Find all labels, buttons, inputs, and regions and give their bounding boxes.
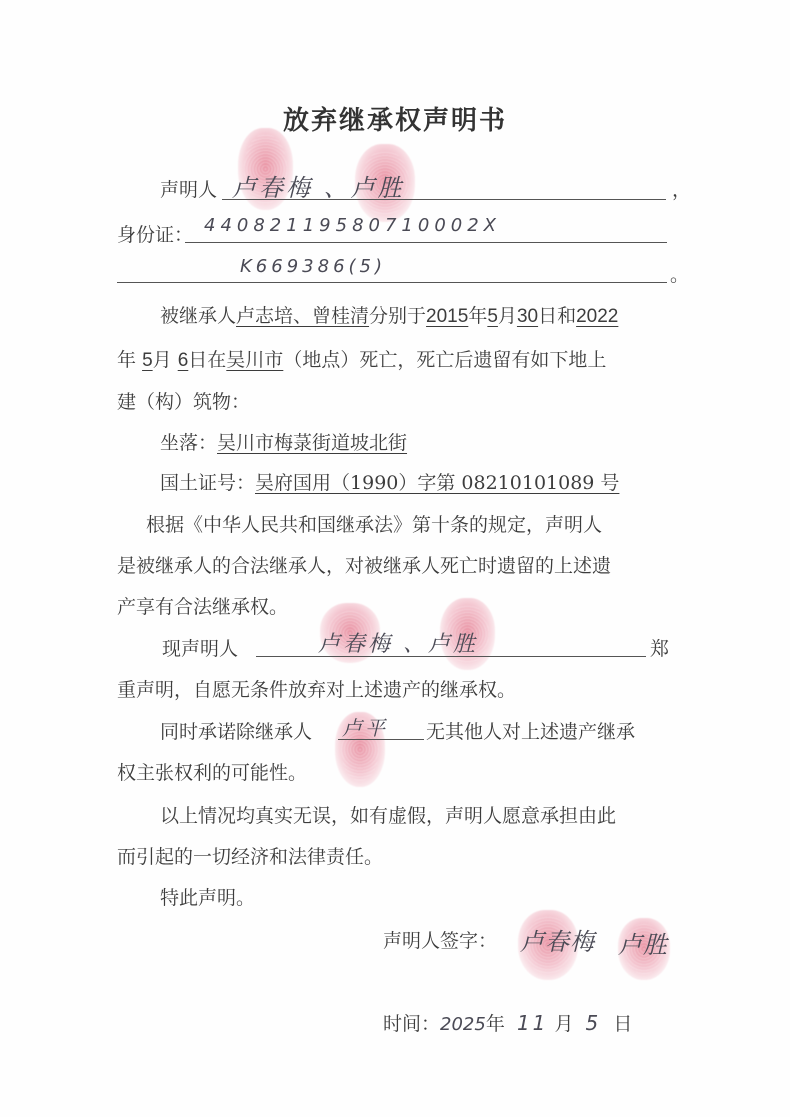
heir-promise-line-2: 权主张权利的可能性。 <box>117 760 307 786</box>
text: 年 <box>486 1013 505 1035</box>
liability-line-2: 而引起的一切经济和法律责任。 <box>117 844 383 870</box>
document-page: 放弃继承权声明书 声明人 卢春梅 、卢胜 ， 身份证： 440821195807… <box>0 0 790 1117</box>
id-fill-line-2 <box>117 282 667 283</box>
id-fill-line-1 <box>185 242 667 243</box>
decedent-paragraph-line-3: 建（构）筑物： <box>117 389 250 415</box>
heir-promise-suffix: 无其他人对上述遗产继承 <box>426 719 635 745</box>
legal-basis-line-1: 根据《中华人民共和国继承法》第十条的规定，声明人 <box>146 512 602 538</box>
heir-handwritten-name: 卢平 <box>342 712 388 741</box>
text: 年 <box>117 349 136 371</box>
text: 分别于 <box>369 305 426 327</box>
land-cert-label: 国土证号： <box>160 472 255 494</box>
decedent-names: 卢志培、曾桂清 <box>236 305 369 327</box>
declarant-end-punct: ， <box>672 177 691 203</box>
text: 日在 <box>188 349 226 371</box>
land-cert-value: 吴府国用（1990）字第 08210101089 号 <box>255 472 619 494</box>
id-number-1: 44082119580710002X <box>204 215 501 236</box>
id-number-2: K669386(5) <box>240 256 386 277</box>
liability-line-1: 以上情况均真实无误，如有虚假，声明人愿意承担由此 <box>160 803 616 829</box>
text: 月 <box>554 1013 573 1035</box>
death-month-2: 5 <box>142 350 153 371</box>
death-day-2: 6 <box>178 350 189 371</box>
date-line: 时间：2025年 11 月 5 日 <box>383 1010 632 1038</box>
location-value: 吴川市梅菉街道坡北街 <box>217 432 407 454</box>
legal-basis-line-2: 是被继承人的合法继承人，对被继承人死亡时遗留的上述遗 <box>117 553 611 579</box>
death-place: 吴川市 <box>226 349 283 371</box>
signature-2: 卢胜 <box>618 925 668 960</box>
death-month-1: 5 <box>487 306 498 327</box>
text: 被继承人 <box>160 305 236 327</box>
closing-statement: 特此声明。 <box>160 885 255 911</box>
date-day: 5 <box>586 1011 602 1035</box>
text: 月 <box>153 349 172 371</box>
renounce-suffix: 郑 <box>650 636 669 662</box>
text: （地点）死亡，死亡后遗留有如下地上 <box>283 349 606 371</box>
renounce-handwritten-names: 卢春梅 、卢胜 <box>318 627 478 658</box>
declarant-label: 声明人 <box>160 177 217 203</box>
decedent-paragraph-line-1: 被继承人卢志培、曾桂清分别于2015年5月30日和2022 <box>160 303 618 330</box>
location-line: 坐落：吴川市梅菉街道坡北街 <box>160 430 407 456</box>
declarant-handwritten: 卢春梅 、卢胜 <box>232 168 405 203</box>
id-label: 身份证： <box>117 222 193 248</box>
land-cert-line: 国土证号：吴府国用（1990）字第 08210101089 号 <box>160 470 619 496</box>
death-day-1: 30 <box>517 306 538 327</box>
text: 日和 <box>538 305 576 327</box>
date-label: 时间： <box>383 1013 440 1035</box>
heir-promise-label: 同时承诺除继承人 <box>160 719 312 745</box>
date-month: 11 <box>517 1011 548 1035</box>
signature-1: 卢春梅 <box>520 922 595 957</box>
text: 年 <box>468 305 487 327</box>
signature-label: 声明人签字： <box>383 928 497 954</box>
date-year: 2025 <box>440 1014 486 1035</box>
text: 日 <box>613 1013 632 1035</box>
renounce-label: 现声明人 <box>162 636 238 662</box>
renounce-line-2: 重声明，自愿无条件放弃对上述遗产的继承权。 <box>117 677 516 703</box>
legal-basis-line-3: 产享有合法继承权。 <box>117 594 288 620</box>
death-year-2: 2022 <box>576 306 618 327</box>
death-year-1: 2015 <box>426 306 468 327</box>
location-label: 坐落： <box>160 432 217 454</box>
document-title: 放弃继承权声明书 <box>0 100 790 137</box>
text: 月 <box>498 305 517 327</box>
decedent-paragraph-line-2: 年 5月 6日在吴川市（地点）死亡，死亡后遗留有如下地上 <box>117 347 606 374</box>
id-end-punct: 。 <box>670 262 689 288</box>
